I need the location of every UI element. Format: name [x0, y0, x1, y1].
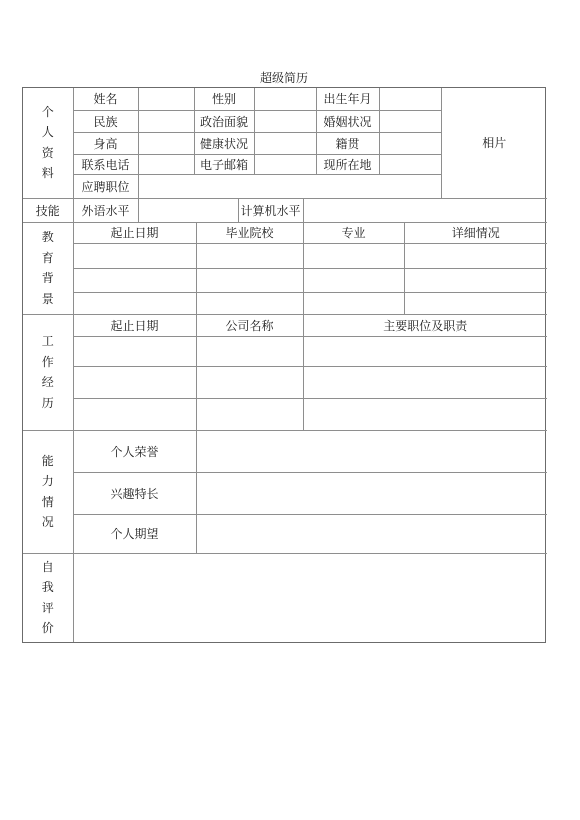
label-position-applied: 应聘职位 [73, 174, 138, 198]
header-work-responsibilities: 主要职位及职责 [303, 315, 547, 337]
value-height [138, 132, 194, 154]
value-email [254, 154, 316, 174]
label-native-place: 籍贯 [316, 132, 379, 154]
section-skills: 技能 外语水平 计算机水平 [23, 199, 547, 224]
header-work-company: 公司名称 [196, 315, 303, 337]
label-ethnicity: 民族 [73, 110, 138, 132]
label-political-status: 政治面貌 [194, 110, 254, 132]
edu-cell-date [73, 243, 196, 268]
edu-cell-major [303, 292, 404, 314]
edu-cell-school [196, 268, 303, 292]
section-label-work-experience-text: 工作经历 [41, 331, 54, 413]
value-foreign-language [138, 199, 238, 223]
section-label-skills: 技能 [23, 199, 73, 223]
work-cell-company [196, 367, 303, 399]
header-edu-details: 详细情况 [404, 223, 547, 243]
section-education: 教育背景 起止日期 毕业院校 专业 详细情况 [23, 223, 547, 315]
section-personal-info: 个人资料 姓名 性别 出生年月 相片 民族 政治面貌 婚姻状况 身高 健康 [23, 88, 547, 199]
header-edu-date-range: 起止日期 [73, 223, 196, 243]
label-birth-date: 出生年月 [316, 88, 379, 110]
header-work-date-range: 起止日期 [73, 315, 196, 337]
resume-table: 个人资料 姓名 性别 出生年月 相片 民族 政治面貌 婚姻状况 身高 健康 [22, 87, 546, 643]
value-current-location [379, 154, 441, 174]
label-height: 身高 [73, 132, 138, 154]
value-gender [254, 88, 316, 110]
section-abilities: 能力情况 个人荣誉 兴趣特长 个人期望 [23, 431, 547, 554]
resume-title: 超级简历 [22, 69, 546, 86]
work-cell-responsibilities [303, 367, 547, 399]
value-marital-status [379, 110, 441, 132]
work-cell-company [196, 399, 303, 431]
work-cell-responsibilities [303, 399, 547, 431]
work-cell-date [73, 367, 196, 399]
value-health [254, 132, 316, 154]
label-marital-status: 婚姻状况 [316, 110, 379, 132]
section-label-personal-info-text: 个人资料 [41, 102, 54, 184]
section-label-work-experience: 工作经历 [23, 315, 73, 431]
label-computer-level: 计算机水平 [238, 199, 303, 223]
edu-cell-major [303, 268, 404, 292]
label-personal-honors: 个人荣誉 [73, 431, 196, 472]
value-ethnicity [138, 110, 194, 132]
section-label-abilities: 能力情况 [23, 431, 73, 553]
edu-cell-school [196, 292, 303, 314]
resume-page: 超级简历 个人资料 姓名 性别 出生年月 相片 民族 政治面貌 [0, 0, 580, 820]
value-political-status [254, 110, 316, 132]
photo-cell: 相片 [441, 88, 547, 198]
work-cell-responsibilities [303, 337, 547, 367]
work-cell-date [73, 399, 196, 431]
edu-cell-details [404, 268, 547, 292]
section-label-abilities-text: 能力情况 [41, 451, 54, 533]
label-current-location: 现所在地 [316, 154, 379, 174]
section-label-self-evaluation-text: 自我评价 [41, 557, 54, 639]
work-cell-company [196, 337, 303, 367]
value-interests [196, 472, 547, 514]
label-email: 电子邮箱 [194, 154, 254, 174]
value-self-evaluation [73, 554, 547, 642]
value-name [138, 88, 194, 110]
label-phone: 联系电话 [73, 154, 138, 174]
edu-cell-details [404, 243, 547, 268]
header-edu-major: 专业 [303, 223, 404, 243]
edu-cell-school [196, 243, 303, 268]
value-native-place [379, 132, 441, 154]
section-label-education-text: 教育背景 [41, 227, 54, 309]
value-position-applied [138, 174, 441, 198]
edu-cell-details [404, 292, 547, 314]
section-self-evaluation: 自我评价 [23, 554, 547, 642]
label-foreign-language: 外语水平 [73, 199, 138, 223]
value-birth-date [379, 88, 441, 110]
edu-cell-date [73, 268, 196, 292]
section-label-education: 教育背景 [23, 223, 73, 314]
label-name: 姓名 [73, 88, 138, 110]
section-label-personal-info: 个人资料 [23, 88, 73, 198]
label-expectations: 个人期望 [73, 514, 196, 553]
work-cell-date [73, 337, 196, 367]
section-work-experience: 工作经历 起止日期 公司名称 主要职位及职责 [23, 315, 547, 432]
label-interests: 兴趣特长 [73, 472, 196, 514]
edu-cell-major [303, 243, 404, 268]
section-label-self-evaluation: 自我评价 [23, 554, 73, 642]
value-computer-level [303, 199, 547, 223]
header-edu-school: 毕业院校 [196, 223, 303, 243]
label-health: 健康状况 [194, 132, 254, 154]
value-personal-honors [196, 431, 547, 472]
edu-cell-date [73, 292, 196, 314]
value-expectations [196, 514, 547, 553]
value-phone [138, 154, 194, 174]
label-gender: 性别 [194, 88, 254, 110]
